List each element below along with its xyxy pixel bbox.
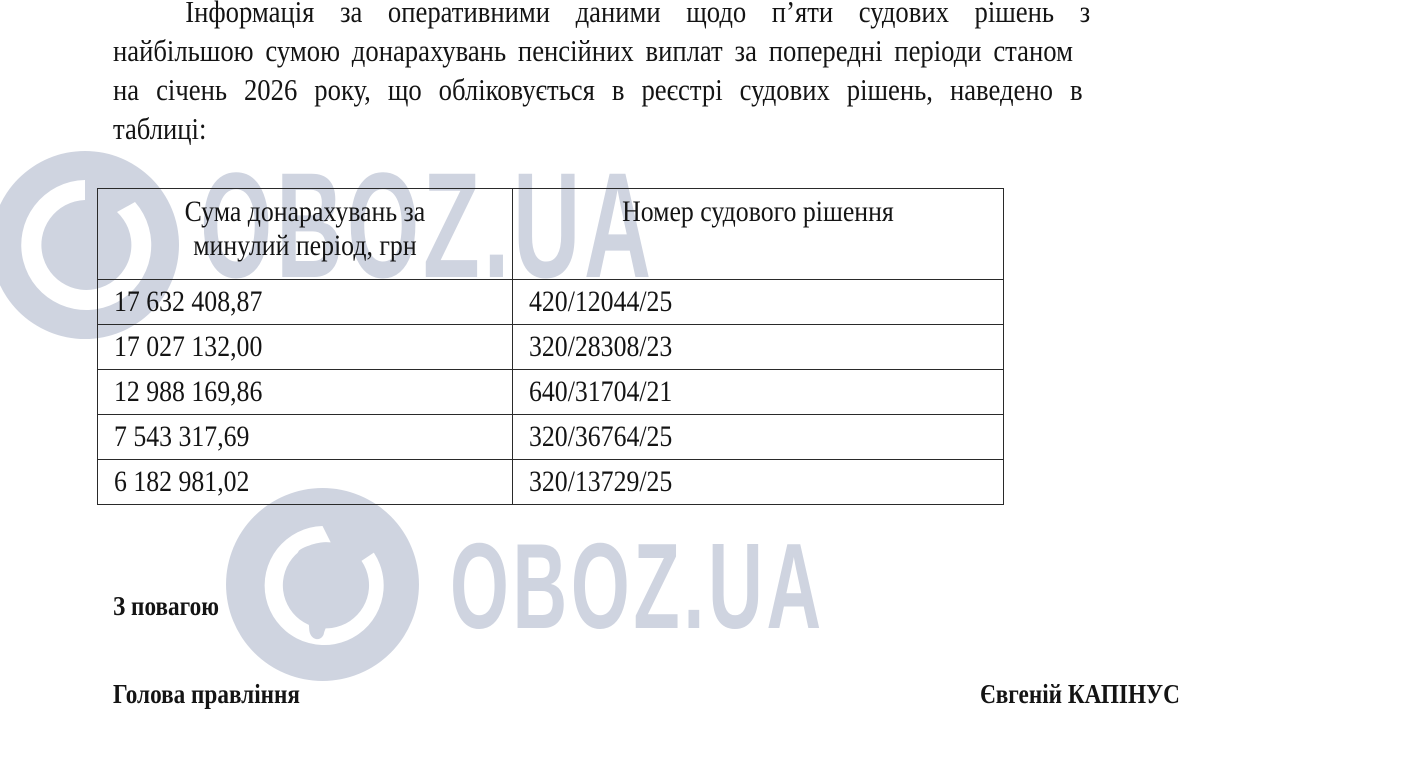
header-decision-number: Номер судового рішення bbox=[513, 189, 1004, 280]
court-decisions-table: Сума донарахувань за минулий період, грн… bbox=[97, 188, 1004, 505]
watermark-bottom: OBOZ.UA bbox=[225, 487, 925, 687]
table-row: 17 632 408,87420/12044/25 bbox=[98, 280, 1004, 325]
paragraph-line: таблиці: bbox=[113, 109, 1257, 148]
signature-name: Євгеній КАПІНУС bbox=[980, 679, 1180, 710]
header-amount-line2: минулий період, грн bbox=[193, 229, 416, 263]
decision-number-value: 320/13729/25 bbox=[529, 465, 672, 499]
decision-number-cell: 320/36764/25 bbox=[513, 415, 1004, 460]
table-row: 7 543 317,69320/36764/25 bbox=[98, 415, 1004, 460]
intro-paragraph: Інформація за оперативними даними щодо п… bbox=[113, 0, 1257, 148]
closing-phrase: З повагою bbox=[113, 591, 219, 622]
decision-number-cell: 320/13729/25 bbox=[513, 460, 1004, 505]
header-amount: Сума донарахувань за минулий період, грн bbox=[98, 189, 513, 280]
amount-cell: 7 543 317,69 bbox=[98, 415, 513, 460]
decision-number-value: 640/31704/21 bbox=[529, 375, 672, 409]
amount-value: 7 543 317,69 bbox=[114, 420, 249, 454]
table-row: 12 988 169,86640/31704/21 bbox=[98, 370, 1004, 415]
amount-value: 6 182 981,02 bbox=[114, 465, 249, 499]
table-row: 17 027 132,00320/28308/23 bbox=[98, 325, 1004, 370]
decision-number-value: 320/36764/25 bbox=[529, 420, 672, 454]
decision-number-value: 420/12044/25 bbox=[529, 285, 672, 319]
amount-cell: 6 182 981,02 bbox=[98, 460, 513, 505]
amount-value: 12 988 169,86 bbox=[114, 375, 262, 409]
amount-cell: 17 027 132,00 bbox=[98, 325, 513, 370]
decision-number-cell: 320/28308/23 bbox=[513, 325, 1004, 370]
decision-number-value: 320/28308/23 bbox=[529, 330, 672, 364]
table-row: 6 182 981,02320/13729/25 bbox=[98, 460, 1004, 505]
globe-icon bbox=[225, 487, 420, 682]
decision-number-cell: 420/12044/25 bbox=[513, 280, 1004, 325]
amount-value: 17 632 408,87 bbox=[114, 285, 262, 319]
paragraph-line: найбільшою сумою донарахувань пенсійних … bbox=[113, 31, 1257, 70]
signature-title: Голова правління bbox=[113, 679, 300, 710]
amount-cell: 12 988 169,86 bbox=[98, 370, 513, 415]
amount-value: 17 027 132,00 bbox=[114, 330, 262, 364]
decision-number-cell: 640/31704/21 bbox=[513, 370, 1004, 415]
table-header-row: Сума донарахувань за минулий період, грн… bbox=[98, 189, 1004, 280]
paragraph-line: на січень 2026 року, що обліковується в … bbox=[113, 70, 1257, 109]
amount-cell: 17 632 408,87 bbox=[98, 280, 513, 325]
paragraph-line: Інформація за оперативними даними щодо п… bbox=[113, 0, 1257, 31]
header-decision-text: Номер судового рішення bbox=[622, 195, 894, 229]
watermark-text: OBOZ.UA bbox=[450, 525, 825, 647]
header-amount-line1: Сума донарахувань за bbox=[185, 195, 426, 229]
